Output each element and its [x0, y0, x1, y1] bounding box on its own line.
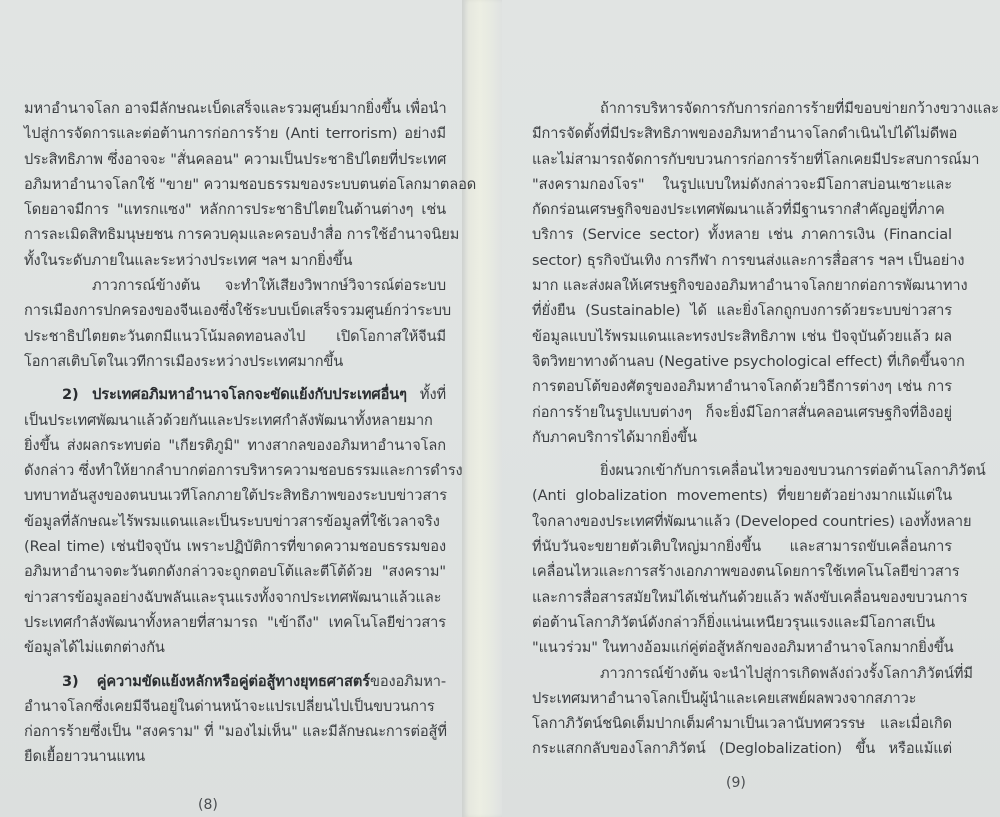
text-line: ต่อต้านโลกาภิวัตน์ดังกล่าวก็ยิ่งแน่นเหนี…: [532, 610, 952, 635]
right-page-body: ถ้าการบริหารจัดการกับการก่อการร้ายที่มีข…: [532, 96, 952, 762]
text-line: (Real time) เช่นปัจจุบัน เพราะปฏิบัติการ…: [24, 534, 446, 559]
text-line: บริการ (Service sector) ทั้งหลาย เช่น ภา…: [532, 222, 952, 247]
section-2-heading-line: 2) ประเทศอภิมหาอำนาจโลกจะขัดแย้งกับประเท…: [24, 382, 446, 407]
section-3-heading: 3) คู่ความขัดแย้งหลักหรือคู่ต่อสู้ทางยุท…: [62, 673, 370, 690]
book-gutter: [462, 0, 502, 817]
section-2-heading: 2) ประเทศอภิมหาอำนาจโลกจะขัดแย้งกับประเท…: [62, 386, 407, 403]
text-line: ภาวการณ์ข้างต้น จะทำให้เสียงวิพากษ์วิจาร…: [24, 273, 446, 298]
left-page-body: มหาอำนาจโลก อาจมีลักษณะเบ็ดเสร็จและรวมศู…: [24, 96, 446, 770]
section-3-heading-tail: ของอภิมหา-: [370, 673, 446, 690]
text-line: อำนาจโลกซึ่งเคยมีจีนอยู่ในด่านหน้าจะแปรเ…: [24, 694, 446, 719]
text-line: ก่อการร้ายซึ่งเป็น "สงคราม" ที่ "มองไม่เ…: [24, 719, 446, 744]
text-line: โลกาภิวัตน์ชนิดเต็มปากเต็มคำมาเป็นเวลานั…: [532, 711, 952, 736]
page-number: (8): [198, 797, 218, 813]
text-line: ยืดเยื้อยาวนานแทน: [24, 744, 446, 769]
text-line: ไปสู่การจัดการและต่อต้านการก่อการร้าย (A…: [24, 121, 446, 146]
text-line: ก่อการร้ายในรูปแบบต่างๆ ก็จะยิ่งมีโอกาสส…: [532, 400, 952, 425]
text-line: อภิมหาอำนาจตะวันตกดังกล่าวจะถูกตอบโต้และ…: [24, 559, 446, 584]
text-line: กัดกร่อนเศรษฐกิจของประเทศพัฒนาแล้วที่มีฐ…: [532, 197, 952, 222]
text-line: sector) ธุรกิจบันเทิง การกีฬา การขนส่งแล…: [532, 248, 952, 273]
text-line: ถ้าการบริหารจัดการกับการก่อการร้ายที่มีข…: [532, 96, 952, 121]
text-line: "แนวร่วม" ในทางอ้อมแก่คู่ต่อสู้หลักของอภ…: [532, 635, 952, 660]
text-line: กระแสกกลับของโลกาภิวัตน์ (Deglobalizatio…: [532, 736, 952, 761]
text-line: โดยอาจมีการ "แทรกแซง" หลักการประชาธิปไตย…: [24, 197, 446, 222]
text-line: ข้อมูลที่ลักษณะไร้พรมแดนและเป็นระบบข่าวส…: [24, 509, 446, 534]
text-line: การละเมิดสิทธิมนุษยชน การควบคุมและครอบงำ…: [24, 222, 446, 247]
text-line: มีการจัดตั้งที่มีประสิทธิภาพของอภิมหาอำน…: [532, 121, 952, 146]
text-line: ยิ่งผนวกเข้ากับการเคลื่อนไหวของขบวนการต่…: [532, 458, 952, 483]
left-page: มหาอำนาจโลก อาจมีลักษณะเบ็ดเสร็จและรวมศู…: [0, 0, 462, 817]
text-line: ทั้งในระดับภายในและระหว่างประเทศ ฯลฯ มาก…: [24, 248, 446, 273]
text-line: และการสื่อสารสมัยใหม่ได้เช่นกันด้วยแล้ว …: [532, 585, 952, 610]
text-line: "สงครามกองโจร" ในรูปแบบใหม่ดังกล่าวจะมีโ…: [532, 172, 952, 197]
book-spread: มหาอำนาจโลก อาจมีลักษณะเบ็ดเสร็จและรวมศู…: [0, 0, 1000, 817]
text-line: จิตวิทยาทางด้านลบ (Negative psychologica…: [532, 349, 952, 374]
text-line: ประสิทธิภาพ ซึ่งอาจจะ "สั่นคลอน" ความเป็…: [24, 147, 446, 172]
right-page: ถ้าการบริหารจัดการกับการก่อการร้ายที่มีข…: [502, 0, 1000, 817]
section-2-heading-tail: ทั้งที่: [420, 386, 446, 403]
text-line: และไม่สามารถจัดการกับขบวนการก่อการร้ายที…: [532, 147, 952, 172]
section-3-heading-line: 3) คู่ความขัดแย้งหลักหรือคู่ต่อสู้ทางยุท…: [24, 669, 446, 694]
text-line: ประเทศกำลังพัฒนาทั้งหลายที่สามารถ "เข้าถ…: [24, 610, 446, 635]
text-line: ใจกลางของประเทศที่พัฒนาแล้ว (Developed c…: [532, 509, 952, 534]
text-line: ประชาธิปไตยตะวันตกมีแนวโน้มลดทอนลงไป เปิ…: [24, 324, 446, 349]
text-line: การตอบโต้ของศัตรูของอภิมหาอำนาจโลกด้วยวิ…: [532, 374, 952, 399]
text-line: เป็นประเทศพัฒนาแล้วด้วยกันและประเทศกำลัง…: [24, 408, 446, 433]
text-line: (Anti globalization movements) ที่ขยายตั…: [532, 483, 952, 508]
text-line: ข้อมูลได้ไม่แตกต่างกัน: [24, 635, 446, 660]
text-line: มาก และส่งผลให้เศรษฐกิจของอภิมหาอำนาจโลก…: [532, 273, 952, 298]
page-number: (9): [726, 775, 746, 791]
text-line: ดังกล่าว ซึ่งทำให้ยากลำบากต่อการบริหารคว…: [24, 458, 446, 483]
text-line: บทบาทอันสูงของตนบนเวทีโลกภายใต้ประสิทธิภ…: [24, 483, 446, 508]
text-line: ข่าวสารข้อมูลอย่างฉับพลันและรุนแรงทั้งจา…: [24, 585, 446, 610]
text-line: ที่นับวันจะขยายตัวเติบใหญ่มากยิ่งขึ้น แล…: [532, 534, 952, 559]
text-line: การเมืองการปกครองของจีนเองซึ่งใช้ระบบเบ็…: [24, 298, 446, 323]
text-line: มหาอำนาจโลก อาจมีลักษณะเบ็ดเสร็จและรวมศู…: [24, 96, 446, 121]
text-line: อภิมหาอำนาจโลกใช้ "ขาย" ความชอบธรรมของระ…: [24, 172, 446, 197]
text-line: ที่ยั่งยืน (Sustainable) ได้ และยิ่งโลกถ…: [532, 298, 952, 323]
text-line: โอกาสเติบโตในเวทีการเมืองระหว่างประเทศมา…: [24, 349, 446, 374]
text-line: กับภาคบริการได้มากยิ่งขึ้น: [532, 425, 952, 450]
text-line: เคลื่อนไหวและการสร้างเอกภาพของตนโดยการใช…: [532, 559, 952, 584]
text-line: ข้อมูลแบบไร้พรมแดนและทรงประสิทธิภาพ เช่น…: [532, 324, 952, 349]
text-line: ยิ่งขึ้น ส่งผลกระทบต่อ "เกียรติภูมิ" ทาง…: [24, 433, 446, 458]
text-line: ภาวการณ์ข้างต้น จะนำไปสู่การเกิดพลังถ่วง…: [532, 661, 952, 686]
text-line: ประเทศมหาอำนาจโลกเป็นผู้นำและเคยเสพย์ผลพ…: [532, 686, 952, 711]
